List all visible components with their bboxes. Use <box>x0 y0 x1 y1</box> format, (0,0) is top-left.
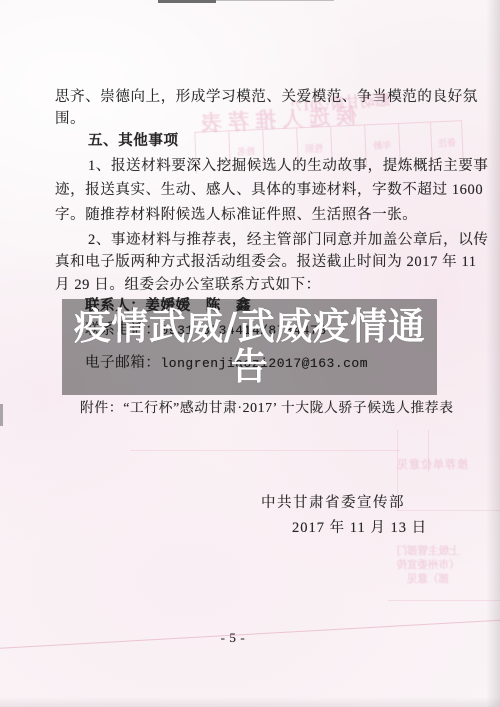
watermark-text: 疫情武威/武威疫情通 告 <box>62 299 437 395</box>
bleedthrough-right-bottom: 上级主管部门（市州委宣传部）意见 <box>390 545 466 587</box>
section-heading: 五、其他事项 <box>88 132 179 150</box>
bleedthrough-grid-line <box>397 510 500 511</box>
bleedthrough-grid-line <box>130 450 400 451</box>
attachment-line: 附件：“工行杯”感动甘肃·2017’ 十大陇人骄子候选人推荐表 <box>80 399 454 417</box>
scan-smudge <box>214 0 334 1</box>
body-line-5: 迹，报送真实、生动、感人、具体的事迹材料，字数不超过 1600 <box>55 181 483 199</box>
bleedthrough-cell-label: 性别 <box>305 141 324 155</box>
bleedthrough-right-top: 推荐单位意见 <box>396 456 468 472</box>
watermark-line-2: 告 <box>231 347 269 387</box>
body-line-1: 思齐、崇德向上，形成学习模范、关爱模范、争当模范的良好氛 <box>55 88 478 106</box>
signature-date: 2017 年 11 月 13 日 <box>292 519 427 537</box>
scan-edge-shadow <box>486 0 500 707</box>
body-line-4: 1、报送材料要深入挖掘候选人的生动故事，提炼概括主要事 <box>88 157 488 175</box>
body-line-8: 真和电子版两种方式报活动组委会。报送截止时间为 2017 年 11 <box>55 253 477 271</box>
bleedthrough-cell-label: 备注 <box>438 135 457 149</box>
signature-org: 中共甘肃省委宣传部 <box>261 494 405 512</box>
bleedthrough-cell-label: 年龄 <box>373 138 392 152</box>
body-line-2: 围。 <box>55 110 85 128</box>
body-line-6: 字。随推荐材料附候选人标准证件照、生活照各一张。 <box>55 206 417 224</box>
bleedthrough-cell-label: 姓名 <box>237 144 256 158</box>
scan-edge-shadow <box>0 697 500 707</box>
scan-edge-mark <box>0 404 3 426</box>
scanned-document-page: 感动甘肃·2017’ 候选人推荐表 姓名 性别 年龄 备注 推荐单位意见 上级主… <box>0 0 500 707</box>
body-line-9: 月 29 日。组委会办公室联系方式如下： <box>55 276 321 294</box>
bleedthrough-grid-line <box>428 430 429 472</box>
watermark-line-1: 疫情武威/武威疫情通 <box>74 307 426 347</box>
bleedthrough-grid-line <box>388 600 500 601</box>
scan-smudge <box>158 0 216 3</box>
body-line-7: 2、事迹材料与推荐表，经主管部门同意并加盖公章后，以传 <box>88 231 488 249</box>
